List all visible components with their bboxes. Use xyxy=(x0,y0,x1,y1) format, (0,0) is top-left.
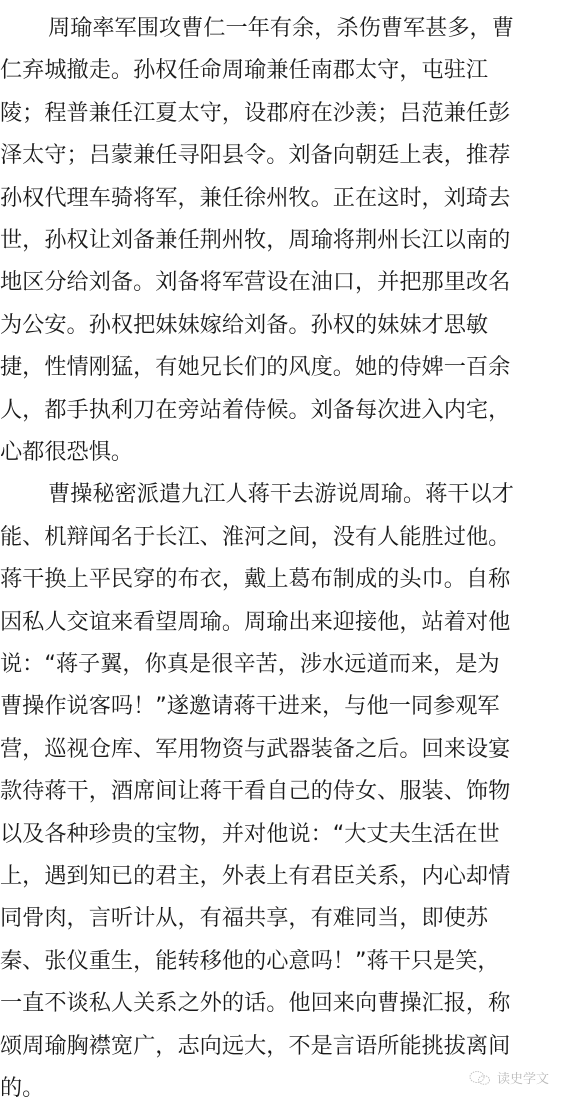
paragraph-line: 人，都手执利刀在旁站着侍候。刘备每次进入内宅， xyxy=(0,389,510,431)
paragraph-line: 泽太守；吕蒙兼任寻阳县令。刘备向朝廷上表，推荐 xyxy=(0,134,510,176)
paragraph-line: 一直不谈私人关系之外的话。他回来向曹操汇报，称 xyxy=(0,982,510,1024)
paragraph-line: 周瑜率军围攻曹仁一年有余，杀伤曹军甚多，曹 xyxy=(48,7,514,49)
paragraph-line: 款待蒋干，酒席间让蒋干看自己的侍女、服装、饰物 xyxy=(0,770,510,812)
paragraph-line: 颂周瑜胸襟宽广，志向远大，不是言语所能挑拔离间 xyxy=(0,1025,510,1067)
paragraph-line: 仁弃城撤走。孙权任命周瑜兼任南郡太守，屯驻江 xyxy=(0,49,488,91)
paragraph-line: 孙权代理车骑将军，兼任徐州牧。正在这时，刘琦去 xyxy=(0,177,510,219)
paragraph-line: 的。 xyxy=(0,1067,44,1106)
paragraph-line: 以及各种珍贵的宝物，并对他说：“大丈夫生活在世 xyxy=(0,813,500,855)
paragraph-line: 能、机辩闻名于长江、淮河之间，没有人能胜过他。 xyxy=(0,516,510,558)
paragraph-line: 因私人交谊来看望周瑜。周瑜出来迎接他，站着对他 xyxy=(0,601,510,643)
paragraph-line: 曹操秘密派遣九江人蒋干去游说周瑜。蒋干以才 xyxy=(48,473,514,515)
paragraph-line: 上，遇到知已的君主，外表上有君臣关系，内心却情 xyxy=(0,855,510,897)
paragraph-line: 心都很恐惧。 xyxy=(0,431,133,473)
watermark-text: 读史学文 xyxy=(497,1068,549,1087)
watermark: 读史学文 xyxy=(469,1068,549,1087)
paragraph-line: 蒋干换上平民穿的布衣，戴上葛布制成的头巾。自称 xyxy=(0,558,510,600)
paragraph-line: 说：“蒋子翼，你真是很辛苦，涉水远道而来，是为 xyxy=(0,643,500,685)
paragraph-line: 营，巡视仓库、军用物资与武器装备之后。回来设宴 xyxy=(0,728,510,770)
paragraph-line: 地区分给刘备。刘备将军营设在油口，并把那里改名 xyxy=(0,261,510,303)
paragraph-line: 世，孙权让刘备兼任荆州牧，周瑜将荆州长江以南的 xyxy=(0,219,510,261)
paragraph-line: 为公安。孙权把妹妹嫁给刘备。孙权的妹妹才思敏 xyxy=(0,304,488,346)
paragraph-line: 捷，性情刚猛，有她兄长们的风度。她的侍婢一百余 xyxy=(0,346,510,388)
paragraph-line: 曹操作说客吗！”遂邀请蒋干进来，与他一同参观军 xyxy=(0,685,500,727)
wechat-icon xyxy=(469,1070,491,1086)
paragraph-line: 秦、张仪重生，能转移他的心意吗！”蒋干只是笑， xyxy=(0,940,500,982)
paragraph-line: 陵；程普兼任江夏太守，设郡府在沙羡；吕范兼任彭 xyxy=(0,92,510,134)
paragraph-line: 同骨肉，言听计从，有福共享，有难同当，即使苏 xyxy=(0,897,488,939)
